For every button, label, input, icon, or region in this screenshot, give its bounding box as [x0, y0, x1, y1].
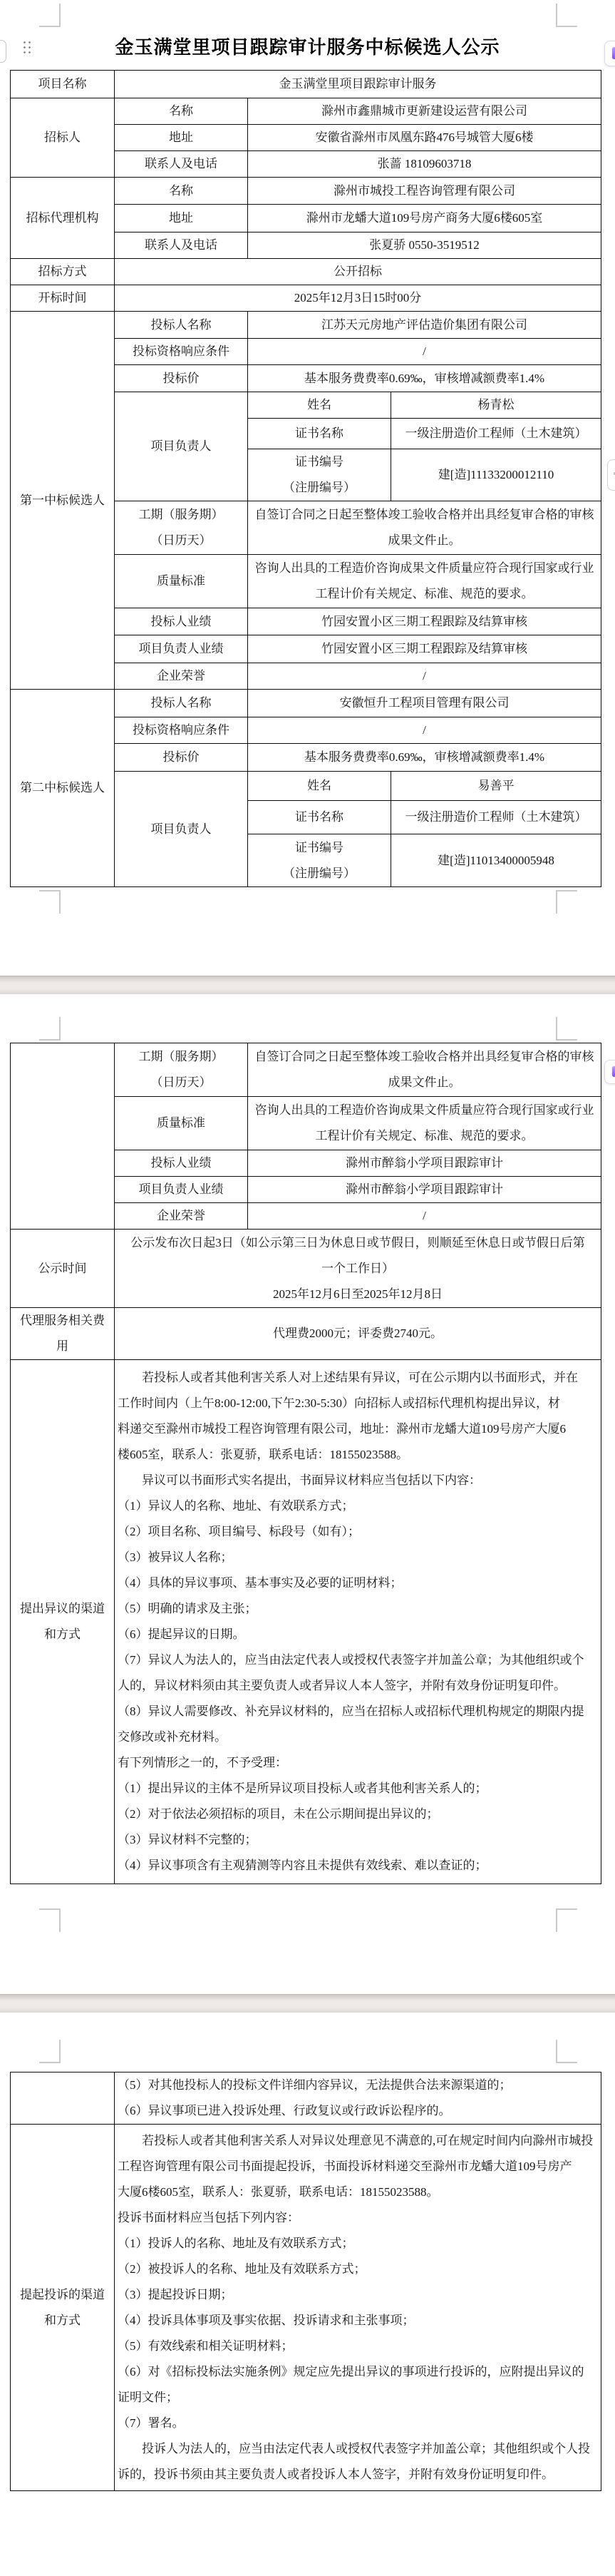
project-name-value: 金玉满堂里项目跟踪审计服务	[115, 71, 601, 98]
objection-label-continued	[11, 2072, 115, 2125]
agency-addr-value: 滁州市龙蟠大道109号房产商务大厦6楼605室	[248, 205, 601, 232]
candidate2-duration-value: 自签订合同之日起至整体竣工验收合格并出具经复审合格的审核成果文件止。	[248, 1043, 601, 1097]
candidate2-cert-value: 一级注册造价工程师（土木建筑）	[391, 801, 601, 834]
bid-announcement-table-page1: 项目名称 金玉满堂里项目跟踪审计服务 招标人 名称 滁州市鑫鼎城市更新建设运营有…	[10, 70, 601, 887]
candidate2-bidder-value: 安徽恒升工程项目管理有限公司	[248, 690, 601, 717]
purple-pen-icon	[612, 47, 615, 59]
candidate1-honor-value: /	[248, 663, 601, 690]
comment-anchor-button[interactable]	[607, 459, 615, 491]
quality-label: 质量标准	[115, 1097, 248, 1150]
candidate1-price-value: 基本服务费费率0.69‰，审核增减额费率1.4%	[248, 365, 601, 392]
bidder-performance-label: 投标人业绩	[115, 1150, 248, 1177]
agency-name-value: 滁州市城投工程咨询管理有限公司	[248, 178, 601, 205]
candidate1-duration-value: 自签订合同之日起至整体竣工验收合格并出具经复审合格的审核成果文件止。	[248, 501, 601, 555]
cert-no-label: 证书编号 （注册编号）	[248, 834, 391, 887]
page-title: 金玉满堂里项目跟踪审计服务中标候选人公示	[0, 33, 615, 59]
tenderer-name-value: 滁州市鑫鼎城市更新建设运营有限公司	[248, 98, 601, 125]
candidate1-qualification-value: /	[248, 339, 601, 365]
bid-price-label: 投标价	[115, 744, 248, 772]
tenderer-contact-value: 张蔷 18109603718	[248, 151, 601, 178]
qualification-label: 投标资格响应条件	[115, 339, 248, 365]
margin-corner-mark	[39, 2040, 61, 2063]
complaint-channel-text: 若投标人或者其他利害关系人对异议处理意见不满意的,可在规定时间内向滁州市城投 工…	[115, 2125, 601, 2491]
agency-fee-value: 代理费2000元；评委费2740元。	[115, 1308, 601, 1360]
agency-label: 招标代理机构	[11, 178, 115, 259]
publicity-time-value: 公示发布次日起3日（如公示第三日为休息日或节假日，则顺延至休息日或节假日后第 一…	[115, 1230, 601, 1308]
duration-label: 工期（服务期） （日历天）	[115, 1043, 248, 1097]
honor-label: 企业荣誉	[115, 663, 248, 690]
margin-corner-mark	[556, 890, 577, 914]
bid-announcement-table-page2: 工期（服务期） （日历天） 自签订合同之日起至整体竣工验收合格并出具经复审合格的…	[10, 1043, 601, 1884]
method-label: 招标方式	[11, 259, 115, 285]
drag-handle-icon[interactable]	[22, 40, 31, 54]
candidate2-performance-value: 滁州市醉翁小学项目跟踪审计	[248, 1150, 601, 1177]
margin-corner-mark	[556, 1908, 577, 1932]
bid-price-label: 投标价	[115, 365, 248, 392]
tenderer-addr-label: 地址	[115, 125, 248, 151]
margin-corner-mark	[556, 2040, 577, 2063]
open-time-value: 2025年12月3日15时00分	[115, 285, 601, 312]
pm-performance-label: 项目负责人业绩	[115, 635, 248, 663]
honor-label: 企业荣誉	[115, 1203, 248, 1230]
objection-channel-text-continued: （5）对其他投标人的投标文件详细内容异议，无法提供合法来源渠道的； （6）异议事…	[115, 2072, 601, 2125]
page-separator	[0, 976, 615, 995]
candidate2-price-value: 基本服务费费率0.69‰，审核增减额费率1.4%	[248, 744, 601, 772]
candidate1-pm-name-value: 杨青松	[391, 392, 601, 419]
bid-announcement-table-page3: （5）对其他投标人的投标文件详细内容异议，无法提供合法来源渠道的； （6）异议事…	[10, 2072, 601, 2491]
document-page-3: （5）对其他投标人的投标文件详细内容异议，无法提供合法来源渠道的； （6）异议事…	[0, 2013, 615, 2576]
project-manager-label: 项目负责人	[115, 772, 248, 887]
agency-name-label: 名称	[115, 178, 248, 205]
open-time-label: 开标时间	[11, 285, 115, 312]
candidate2-pm-name-value: 易善平	[391, 772, 601, 801]
document-viewer: { "title": "金玉满堂里项目跟踪审计服务中标候选人公示", "ui":…	[0, 0, 615, 2576]
pm-performance-label: 项目负责人业绩	[115, 1177, 248, 1203]
tenderer-addr-value: 安徽省滁州市凤凰东路476号城管大厦6楼	[248, 125, 601, 151]
agency-contact-label: 联系人及电话	[115, 232, 248, 259]
objection-channel-text: 若投标人或者其他利害关系人对上述结果有异议，可在公示期内以书面形式，并在 工作时…	[115, 1360, 601, 1884]
complaint-channel-label: 提起投诉的渠道 和方式	[11, 2125, 115, 2491]
collapsed-side-tab[interactable]	[0, 40, 6, 63]
tenderer-contact-label: 联系人及电话	[115, 151, 248, 178]
candidate1-label: 第一中标候选人	[11, 312, 115, 690]
purple-pen-icon	[612, 1066, 615, 1077]
candidate2-quality-value: 咨询人出具的工程造价咨询成果文件质量应符合现行国家或行业工程计价有关规定、标准、…	[248, 1097, 601, 1150]
candidate1-cert-value: 一级注册造价工程师（土木建筑）	[391, 419, 601, 449]
cert-no-label: 证书编号 （注册编号）	[248, 449, 391, 501]
candidate1-performance-value: 竹园安置小区三期工程跟踪及结算审核	[248, 608, 601, 635]
objection-channel-label: 提出异议的渠道 和方式	[11, 1360, 115, 1884]
document-page-1: 金玉满堂里项目跟踪审计服务中标候选人公示 项目名称 金玉满堂里项目跟踪审计服务 …	[0, 0, 615, 976]
duration-label: 工期（服务期） （日历天）	[115, 501, 248, 555]
candidate2-cert-no-value: 建[造]11013400005948	[391, 834, 601, 887]
pm-name-label: 姓名	[248, 772, 391, 801]
quality-label: 质量标准	[115, 555, 248, 608]
cert-name-label: 证书名称	[248, 801, 391, 834]
publicity-time-label: 公示时间	[11, 1230, 115, 1308]
margin-corner-mark	[39, 1017, 61, 1041]
agency-fee-label: 代理服务相关费 用	[11, 1308, 115, 1360]
project-manager-label: 项目负责人	[115, 392, 248, 501]
candidate2-honor-value: /	[248, 1203, 601, 1230]
candidate1-pm-performance-value: 竹园安置小区三期工程跟踪及结算审核	[248, 635, 601, 663]
project-name-label: 项目名称	[11, 71, 115, 98]
pm-name-label: 姓名	[248, 392, 391, 419]
margin-corner-mark	[39, 1908, 61, 1932]
annotate-button[interactable]	[604, 1060, 615, 1084]
bidder-name-label: 投标人名称	[115, 312, 248, 339]
qualification-label: 投标资格响应条件	[115, 717, 248, 744]
candidate2-label: 第二中标候选人	[11, 690, 115, 887]
document-page-2: 工期（服务期） （日历天） 自签订合同之日起至整体竣工验收合格并出具经复审合格的…	[0, 994, 615, 1994]
margin-corner-mark	[39, 4, 61, 27]
candidate1-cert-no-value: 建[造]11133200012110	[391, 449, 601, 501]
agency-contact-value: 张夏骄 0550-3519512	[248, 232, 601, 259]
agency-addr-label: 地址	[115, 205, 248, 232]
tenderer-label: 招标人	[11, 98, 115, 178]
candidate2-qualification-value: /	[248, 717, 601, 744]
page-separator	[0, 1994, 615, 2013]
margin-corner-mark	[556, 1017, 577, 1041]
method-value: 公开招标	[115, 259, 601, 285]
candidate2-label-continued	[11, 1043, 115, 1230]
cert-name-label: 证书名称	[248, 419, 391, 449]
margin-corner-mark	[39, 890, 61, 914]
margin-corner-mark	[556, 4, 577, 27]
candidate2-pm-performance-value: 滁州市醉翁小学项目跟踪审计	[248, 1177, 601, 1203]
tenderer-name-label: 名称	[115, 98, 248, 125]
annotate-button[interactable]	[604, 41, 615, 66]
bidder-name-label: 投标人名称	[115, 690, 248, 717]
candidate1-bidder-value: 江苏天元房地产评估造价集团有限公司	[248, 312, 601, 339]
candidate1-quality-value: 咨询人出具的工程造价咨询成果文件质量应符合现行国家或行业工程计价有关规定、标准、…	[248, 555, 601, 608]
bidder-performance-label: 投标人业绩	[115, 608, 248, 635]
